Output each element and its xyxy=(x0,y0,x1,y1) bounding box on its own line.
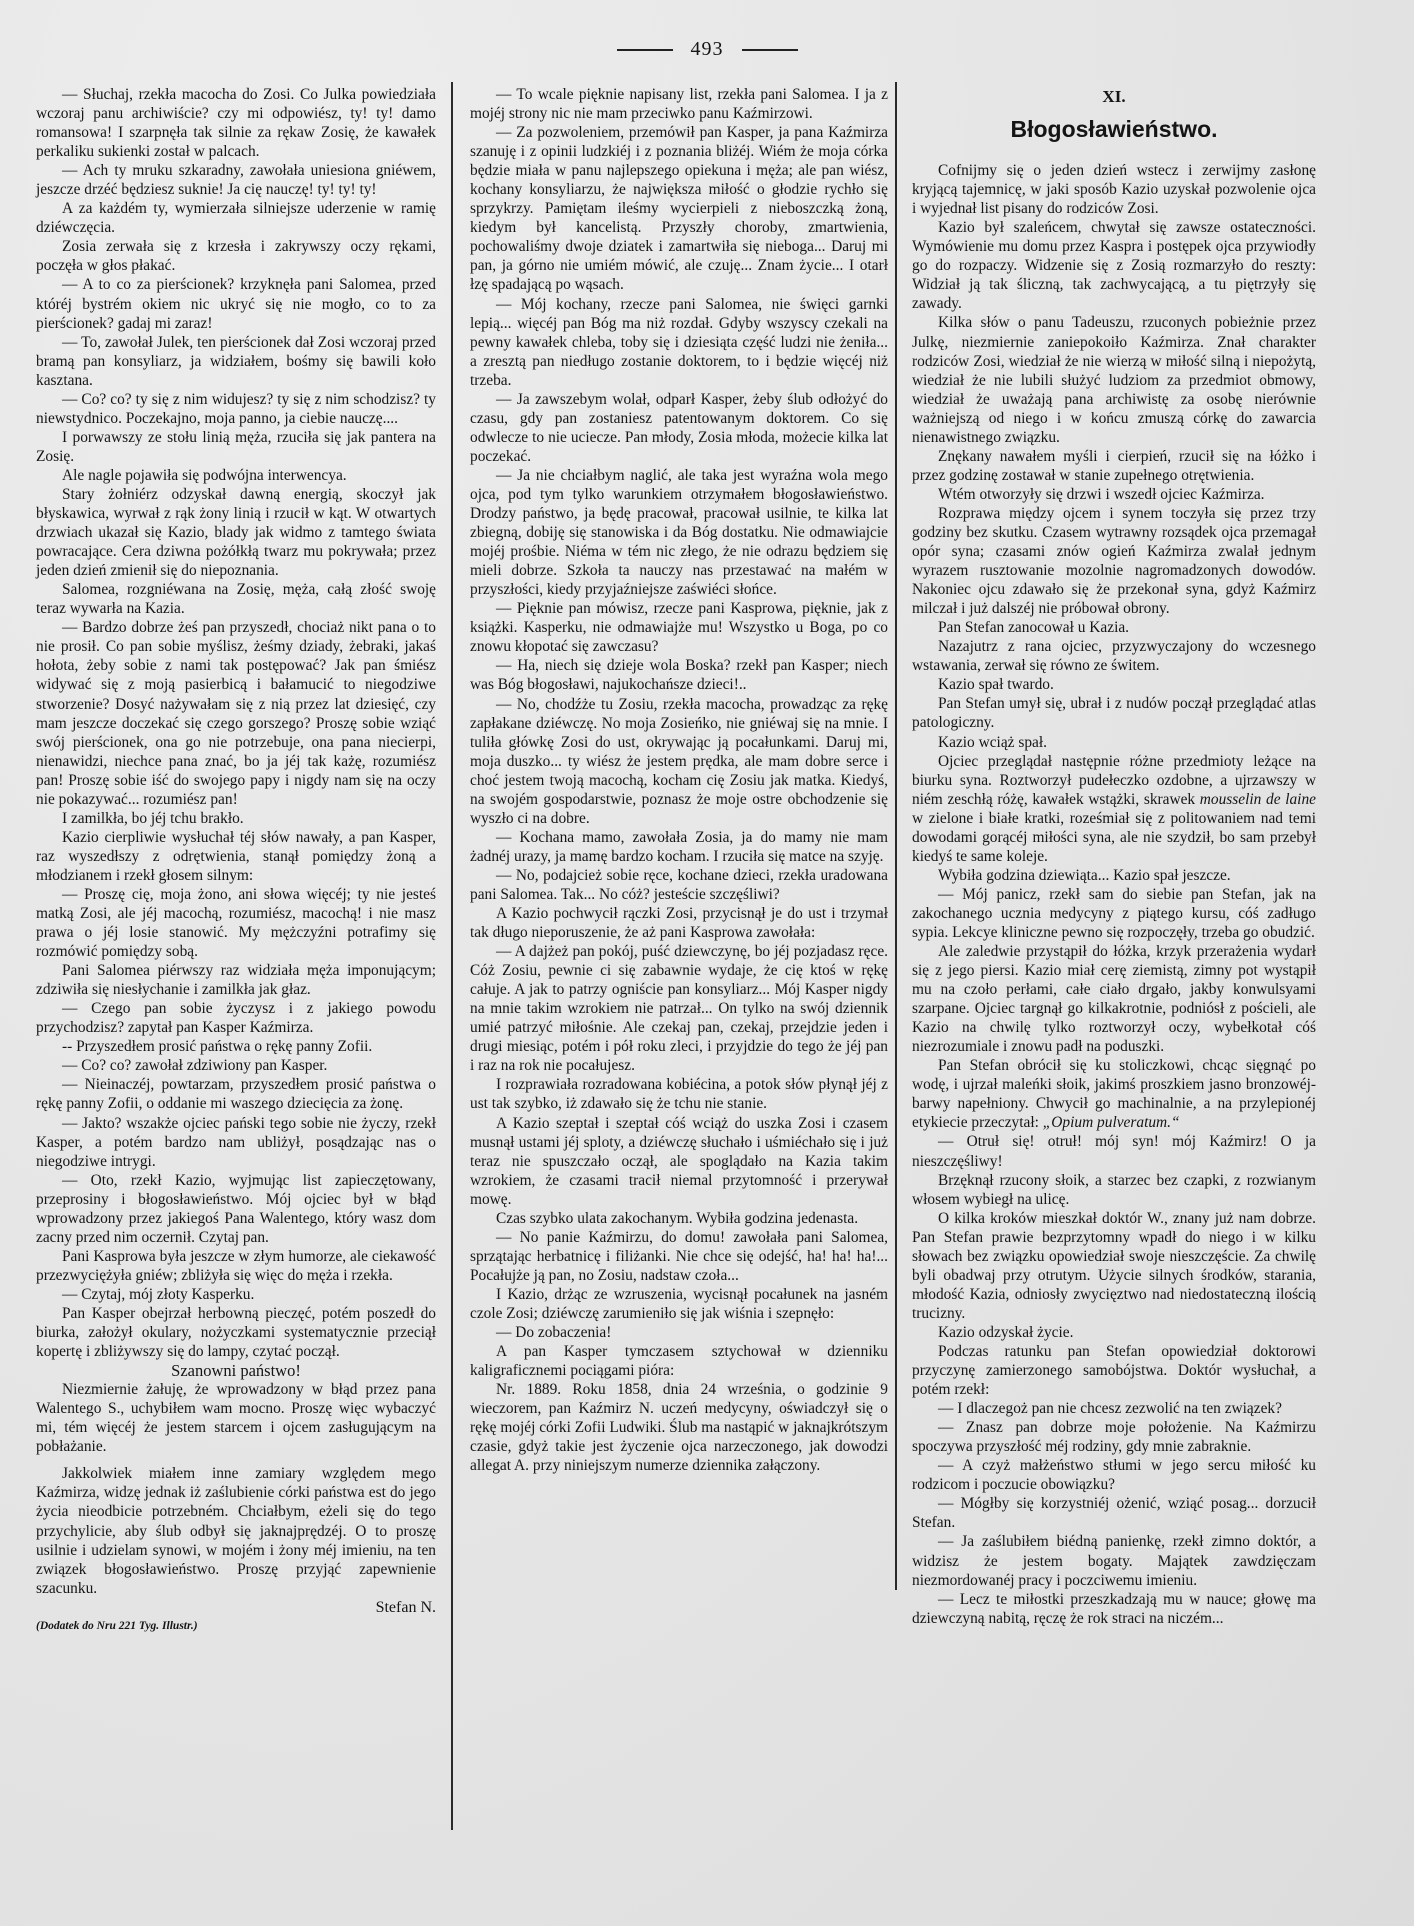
paragraph: O kilka kroków mieszkał doktór W., znany… xyxy=(912,1209,1316,1323)
paragraph: Kazio cierpliwie wysłuchał téj słów nawa… xyxy=(36,828,436,885)
paragraph: Czas szybko ulata zakochanym. Wybiła god… xyxy=(470,1209,888,1228)
chapter-number: XI. xyxy=(912,87,1316,106)
column-rule xyxy=(451,82,453,1830)
paragraph: Zosia zerwała się z krzesła i zakrywszy … xyxy=(36,237,436,275)
paragraph: A Kazio pochwycił rączki Zosi, przycisną… xyxy=(470,904,888,942)
paragraph: — A dajżeż pan pokój, puść dziewczynę, b… xyxy=(470,942,888,1075)
paragraph: Stary żołniérz odzyskał dawną energią, s… xyxy=(36,485,436,580)
paragraph: I porwawszy ze stołu linią męża, rzuciła… xyxy=(36,428,436,466)
page-number-dash-left xyxy=(617,49,673,51)
letter-body: Niezmiernie żałuję, że wprowadzony w błą… xyxy=(36,1380,436,1598)
paragraph: — Ha, niech się dzieje wola Boska? rzekł… xyxy=(470,656,888,694)
paragraph: — To wcale pięknie napisany list, rzekła… xyxy=(470,85,888,123)
paragraph: — Za pozwoleniem, przemówił pan Kasper, … xyxy=(470,123,888,294)
paragraph: Kilka słów o panu Tadeuszu, rzuconych po… xyxy=(912,313,1316,446)
paragraph: -- Przyszedłem prosić państwa o rękę pan… xyxy=(36,1037,436,1056)
article-body: — Słuchaj, rzekła macocha do Zosi. Co Ju… xyxy=(36,85,436,1361)
paragraph: A pan Kasper tymczasem sztychował w dzie… xyxy=(470,1342,888,1380)
paragraph: Pan Kasper obejrzał herbowną pieczęć, po… xyxy=(36,1304,436,1361)
paragraph: Kazio spał twardo. xyxy=(912,675,1316,694)
page-number-text: 493 xyxy=(691,38,724,60)
paragraph: Podczas ratunku pan Stefan opowiedział d… xyxy=(912,1342,1316,1399)
paragraph: — Oto, rzekł Kazio, wyjmując list zapiec… xyxy=(36,1171,436,1247)
paragraph: — A czyż małżeństwo stłumi w jego sercu … xyxy=(912,1456,1316,1494)
column-left: — Słuchaj, rzekła macocha do Zosi. Co Ju… xyxy=(36,85,436,1636)
paragraph: Pan Stefan umył się, ubrał i z nudów poc… xyxy=(912,694,1316,732)
paragraph: — Słuchaj, rzekła macocha do Zosi. Co Ju… xyxy=(36,85,436,161)
column-middle: — To wcale pięknie napisany list, rzekła… xyxy=(470,85,888,1475)
letter-signature: Stefan N. xyxy=(36,1598,436,1617)
paragraph: — Czego pan sobie życzysz i z jakiego po… xyxy=(36,999,436,1037)
paragraph: Rozprawa między ojcem i synem toczyła si… xyxy=(912,504,1316,618)
paragraph: I rozprawiała rozradowana kobiécina, a p… xyxy=(470,1075,888,1113)
paragraph: — Ach ty mruku szkaradny, zawołała unies… xyxy=(36,161,436,199)
paragraph: Kazio wciąż spał. xyxy=(912,733,1316,752)
paragraph: — Lecz te miłostki przeszkadzają mu w na… xyxy=(912,1590,1316,1628)
column-right: XI. Błogosławieństwo. Cofnijmy się o jed… xyxy=(912,85,1316,1628)
paragraph: Pan Stefan zanocował u Kazia. xyxy=(912,618,1316,637)
paragraph: — Nieinaczéj, powtarzam, przyszedłem pro… xyxy=(36,1075,436,1113)
paragraph: — Do zobaczenia! xyxy=(470,1323,888,1342)
letter-heading: Szanowni państwo! xyxy=(36,1361,436,1380)
paragraph: Znękany nawałem myśli i cierpień, rzucił… xyxy=(912,447,1316,485)
paragraph: — Mój kochany, rzecze pani Salomea, nie … xyxy=(470,295,888,390)
paragraph: I zamilkła, bo jéj tchu brakło. xyxy=(36,809,436,828)
footnote: (Dodatek do Nru 221 Tyg. Illustr.) xyxy=(36,1617,436,1636)
paragraph: — Bardzo dobrze żeś pan przyszedł, choci… xyxy=(36,618,436,808)
paragraph: — No panie Kaźmirzu, do domu! zawołała p… xyxy=(470,1228,888,1285)
paragraph: — I dlaczegoż pan nie chcesz zezwolić na… xyxy=(912,1399,1316,1418)
paragraph: Pani Salomea piérwszy raz widziała męża … xyxy=(36,961,436,999)
paragraph: — Mój panicz, rzekł sam do siebie pan St… xyxy=(912,885,1316,942)
paragraph: Pani Kasprowa była jeszcze w złym humorz… xyxy=(36,1247,436,1285)
column-rule xyxy=(895,82,897,1590)
article-body: — To wcale pięknie napisany list, rzekła… xyxy=(470,85,888,1475)
paragraph: — Czytaj, mój złoty Kasperku. xyxy=(36,1285,436,1304)
paragraph: — Jakto? wszakże ojciec pański tego sobi… xyxy=(36,1114,436,1171)
paragraph: Nr. 1889. Roku 1858, dnia 24 września, o… xyxy=(470,1380,888,1475)
paragraph: — Kochana mamo, zawołała Zosia, ja do ma… xyxy=(470,828,888,866)
paragraph: Nazajutrz z rana ojciec, przyzwyczajony … xyxy=(912,637,1316,675)
page-number-dash-right xyxy=(742,49,798,51)
paragraph: Kazio był szaleńcem, chwytał się zawsze … xyxy=(912,218,1316,313)
paragraph: — Pięknie pan mówisz, rzecze pani Kaspro… xyxy=(470,599,888,656)
paragraph: — Ja nie chciałbym naglić, ale taka jest… xyxy=(470,466,888,599)
paragraph: — A to co za pierścionek? krzyknęła pani… xyxy=(36,275,436,332)
paragraph: A za każdém ty, wymierzała silniejsze ud… xyxy=(36,199,436,237)
paragraph: Wybiła godzina dziewiąta... Kazio spał j… xyxy=(912,866,1316,885)
paragraph: Kazio odzyskał życie. xyxy=(912,1323,1316,1342)
paragraph: Pan Stefan obrócił się ku stoliczkowi, c… xyxy=(912,1056,1316,1132)
paragraph: — Znasz pan dobrze moje położenie. Na Ka… xyxy=(912,1418,1316,1456)
paragraph: — Otruł się! otruł! mój syn! mój Kaźmirz… xyxy=(912,1132,1316,1170)
paragraph: Ojciec przeglądał następnie różne przedm… xyxy=(912,752,1316,866)
paragraph: — Mógłby się korzystniéj ożenić, wziąć p… xyxy=(912,1494,1316,1532)
paragraph: — Ja zawszebym wolał, odparł Kasper, żeb… xyxy=(470,390,888,466)
paragraph: A Kazio szeptał i szeptał cóś wciąż do u… xyxy=(470,1114,888,1209)
paragraph: — Co? co? ty się z nim widujesz? ty się … xyxy=(36,390,436,428)
paragraph: — To, zawołał Julek, ten pierścionek dał… xyxy=(36,333,436,390)
paragraph: — Co? co? zawołał zdziwiony pan Kasper. xyxy=(36,1056,436,1075)
paragraph: Ale zaledwie przystąpił do łóżka, krzyk … xyxy=(912,942,1316,1056)
article-body: Cofnijmy się o jeden dzień wstecz i zerw… xyxy=(912,161,1316,1628)
paragraph: Brzęknął rzucony słoik, a starzec bez cz… xyxy=(912,1171,1316,1209)
paragraph: Niezmiernie żałuję, że wprowadzony w błą… xyxy=(36,1380,436,1456)
paragraph: — Proszę cię, moja żono, ani słowa więcé… xyxy=(36,885,436,961)
paragraph: Salomea, rozgniéwana na Zosię, męża, cał… xyxy=(36,580,436,618)
paragraph: I Kazio, drżąc ze wzruszenia, wycisnął p… xyxy=(470,1285,888,1323)
chapter-title: Błogosławieństwo. xyxy=(912,120,1316,139)
paragraph: — No, podajcież sobie ręce, kochane dzie… xyxy=(470,866,888,904)
paragraph: Ale nagle pojawiła się podwójna interwen… xyxy=(36,466,436,485)
paragraph: Cofnijmy się o jeden dzień wstecz i zerw… xyxy=(912,161,1316,218)
paragraph: Wtém otworzyły się drzwi i wszedł ojciec… xyxy=(912,485,1316,504)
paragraph: — No, chodźże tu Zosiu, rzekła macocha, … xyxy=(470,695,888,828)
paragraph: — Ja zaślubiłem biédną panienkę, rzekł z… xyxy=(912,1532,1316,1589)
paragraph: Jakkolwiek miałem inne zamiary względem … xyxy=(36,1464,436,1597)
page-number: 493 xyxy=(0,38,1414,61)
